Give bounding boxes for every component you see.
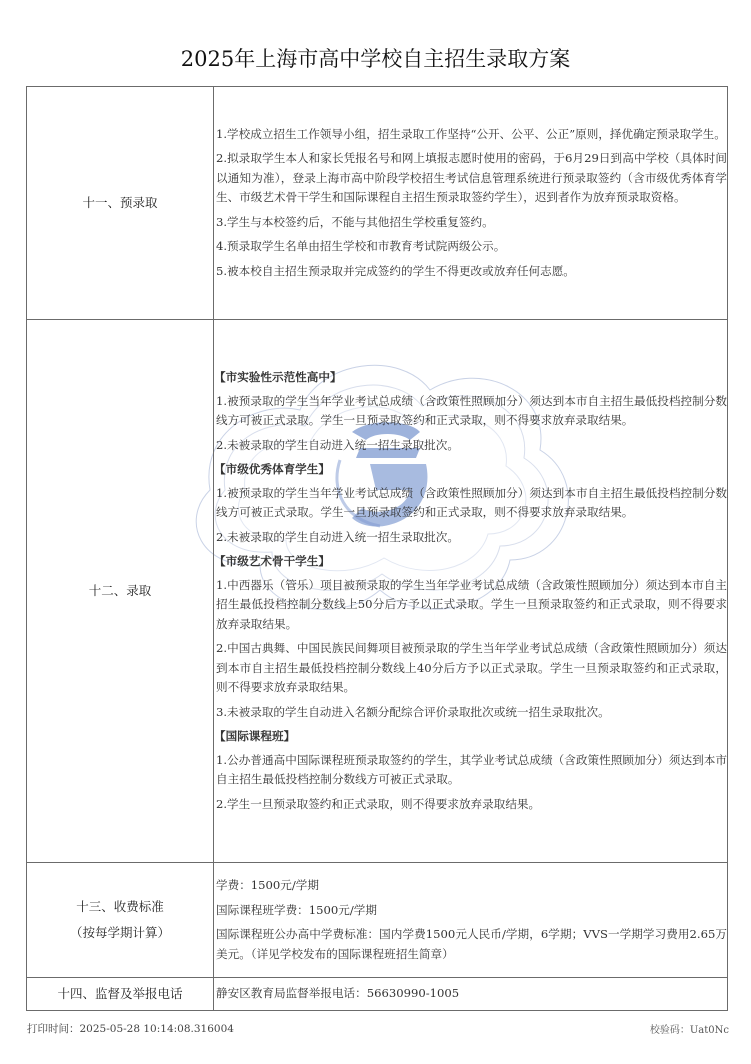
print-time: 打印时间：2025-05-28 10:14:08.316004 — [27, 1021, 234, 1036]
section-label-text: 十四、监督及举报电话 — [57, 986, 182, 1001]
group-heading: 【国际课程班】 — [214, 727, 727, 747]
section-label-text: 十一、预录取 — [82, 195, 157, 210]
paragraph: 2.中国古典舞、中国民族民间舞项目被预录取的学生当年学业考试总成绩（含政策性照顾… — [214, 639, 727, 698]
section-row-pre-admission: 十一、预录取 1.学校成立招生工作领导小组，招生录取工作坚持“公开、公平、公正”… — [27, 87, 728, 320]
paragraph: 1.中西器乐（管乐）项目被预录取的学生当年学业考试总成绩（含政策性照顾加分）须达… — [214, 576, 727, 635]
paragraph: 3.未被录取的学生自动进入名额分配综合评价录取批次或统一招生录取批次。 — [214, 703, 727, 723]
paragraph: 4.预录取学生名单由招生学校和市教育考试院两级公示。 — [214, 237, 727, 257]
paragraph: 3.学生与本校签约后，不能与其他招生学校重复签约。 — [214, 213, 727, 233]
paragraph: 2.未被录取的学生自动进入统一招生录取批次。 — [214, 528, 727, 548]
paragraph: 1.被预录取的学生当年学业考试总成绩（含政策性照顾加分）须达到本市自主招生最低投… — [214, 484, 727, 523]
section-label: 十一、预录取 — [27, 87, 214, 320]
paragraph: 2.拟录取学生本人和家长凭报名号和网上填报志愿时使用的密码，于6月29日到高中学… — [214, 149, 727, 208]
section-row-fees: 十三、收费标准 （按每学期计算） 学费：1500元/学期 国际课程班学费：150… — [27, 863, 728, 978]
check-code: 校验码：Uat0Nc — [650, 1021, 729, 1036]
section-row-admission: 十二、录取 【市实验性示范性高中】 1.被预录取的学生当年学业考试总成绩（含政策… — [27, 320, 728, 863]
section-label: 十四、监督及举报电话 — [27, 978, 214, 1011]
paragraph: 学费：1500元/学期 — [214, 876, 727, 896]
admission-plan-table: 十一、预录取 1.学校成立招生工作领导小组，招生录取工作坚持“公开、公平、公正”… — [26, 86, 728, 1011]
paragraph: 2.未被录取的学生自动进入统一招生录取批次。 — [214, 436, 727, 456]
section-label: 十三、收费标准 （按每学期计算） — [27, 863, 214, 978]
paragraph: 2.学生一旦预录取签约和正式录取，则不得要求放弃录取结果。 — [214, 795, 727, 815]
section-label-text: 十三、收费标准 — [27, 894, 213, 920]
paragraph: 国际课程班学费：1500元/学期 — [214, 901, 727, 921]
paragraph: 5.被本校自主招生预录取并完成签约的学生不得更改或放弃任何志愿。 — [214, 262, 727, 282]
hotline-text: 静安区教育局监督举报电话：56630990-1005 — [214, 984, 727, 1004]
group-heading: 【市级艺术骨干学生】 — [214, 552, 727, 572]
paragraph: 1.被预录取的学生当年学业考试总成绩（含政策性照顾加分）须达到本市自主招生最低投… — [214, 392, 727, 431]
section-content: 1.学校成立招生工作领导小组，招生录取工作坚持“公开、公平、公正”原则，择优确定… — [214, 87, 728, 320]
section-label-text: 十二、录取 — [89, 583, 152, 598]
section-content: 静安区教育局监督举报电话：56630990-1005 — [214, 978, 728, 1011]
section-label: 十二、录取 — [27, 320, 214, 863]
paragraph: 1.公办普通高中国际课程班预录取签约的学生，其学业考试总成绩（含政策性照顾加分）… — [214, 751, 727, 790]
section-content: 【市实验性示范性高中】 1.被预录取的学生当年学业考试总成绩（含政策性照顾加分）… — [214, 320, 728, 863]
section-sublabel-text: （按每学期计算） — [27, 920, 213, 946]
section-content: 学费：1500元/学期 国际课程班学费：1500元/学期 国际课程班公办高中学费… — [214, 863, 728, 978]
group-heading: 【市实验性示范性高中】 — [214, 368, 727, 388]
paragraph: 国际课程班公办高中学费标准：国内学费1500元人民币/学期，6学期；VVS一学期… — [214, 925, 727, 964]
paragraph: 1.学校成立招生工作领导小组，招生录取工作坚持“公开、公平、公正”原则，择优确定… — [214, 125, 727, 145]
section-row-hotline: 十四、监督及举报电话 静安区教育局监督举报电话：56630990-1005 — [27, 978, 728, 1011]
page-title: 2025年上海市高中学校自主招生录取方案 — [0, 43, 751, 73]
group-heading: 【市级优秀体育学生】 — [214, 460, 727, 480]
